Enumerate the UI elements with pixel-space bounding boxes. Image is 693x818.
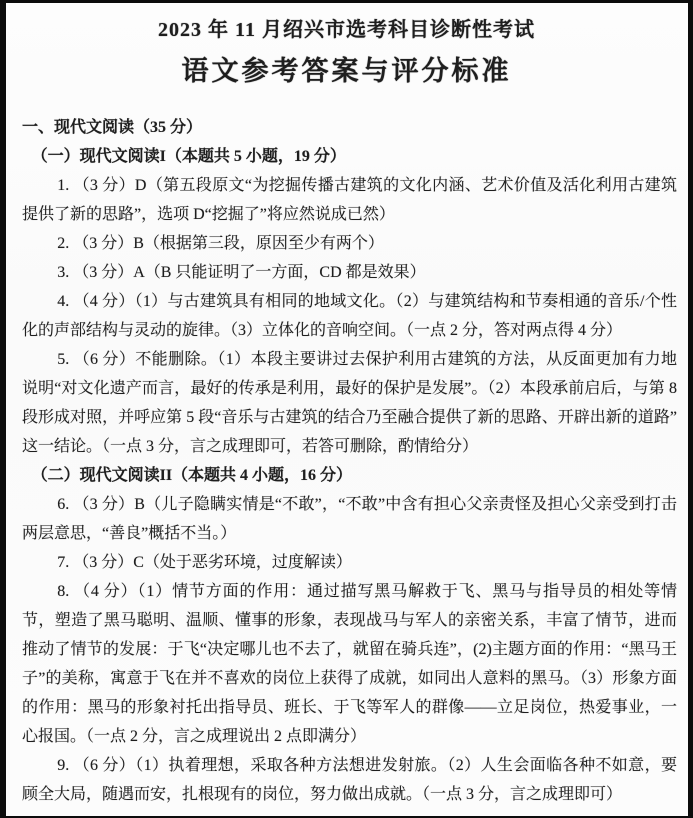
document-header: 2023 年 11 月绍兴市选考科目诊断性考试 语文参考答案与评分标准 [0,0,693,89]
subsection-heading-reading-1: （一）现代文阅读I（本题共 5 小题，19 分） [22,142,677,171]
answer-q5: 5. （6 分）不能删除。（1）本段主要讲过去保护利用古建筑的方法，从反面更加有… [22,345,677,461]
answer-q1: 1. （3 分）D（第五段原文“为挖掘传播古建筑的文化内涵、艺术价值及活化利用古… [22,171,677,229]
scanned-answer-sheet: 2023 年 11 月绍兴市选考科目诊断性考试 语文参考答案与评分标准 一、现代… [0,0,693,818]
answer-q7: 7. （3 分）C（处于恶劣环境，过度解读） [22,548,677,577]
answer-q8: 8. （4 分）（1）情节方面的作用：通过描写黑马解救于飞、黑马与指导员的相处等… [22,577,677,751]
section-heading-modern-reading: 一、现代文阅读（35 分） [22,113,677,142]
subsection-heading-reading-2: （二）现代文阅读II（本题共 4 小题，16 分） [22,461,677,490]
exam-title: 2023 年 11 月绍兴市选考科目诊断性考试 [0,16,693,44]
answer-q2: 2. （3 分）B（根据第三段，原因至少有两个） [22,229,677,258]
answer-q6: 6. （3 分）B（儿子隐瞒实情是“不敢”，“不敢”中含有担心父亲责怪及担心父亲… [22,490,677,548]
scan-edge-right [688,0,693,818]
answer-key-content: 一、现代文阅读（35 分） （一）现代文阅读I（本题共 5 小题，19 分） 1… [0,113,693,809]
answer-q4: 4. （4 分）（1）与古建筑具有相同的地域文化。（2）与建筑结构和节奏相通的音… [22,287,677,345]
document-title: 语文参考答案与评分标准 [0,53,693,89]
answer-q9: 9. （6 分）（1）执着理想，采取各种方法想进发射旅。（2）人生会面临各种不如… [22,751,677,809]
scan-edge-left [0,0,6,818]
scan-edge-top [0,0,693,3]
answer-q3: 3. （3 分）A（B 只能证明了一方面，CD 都是效果） [22,258,677,287]
